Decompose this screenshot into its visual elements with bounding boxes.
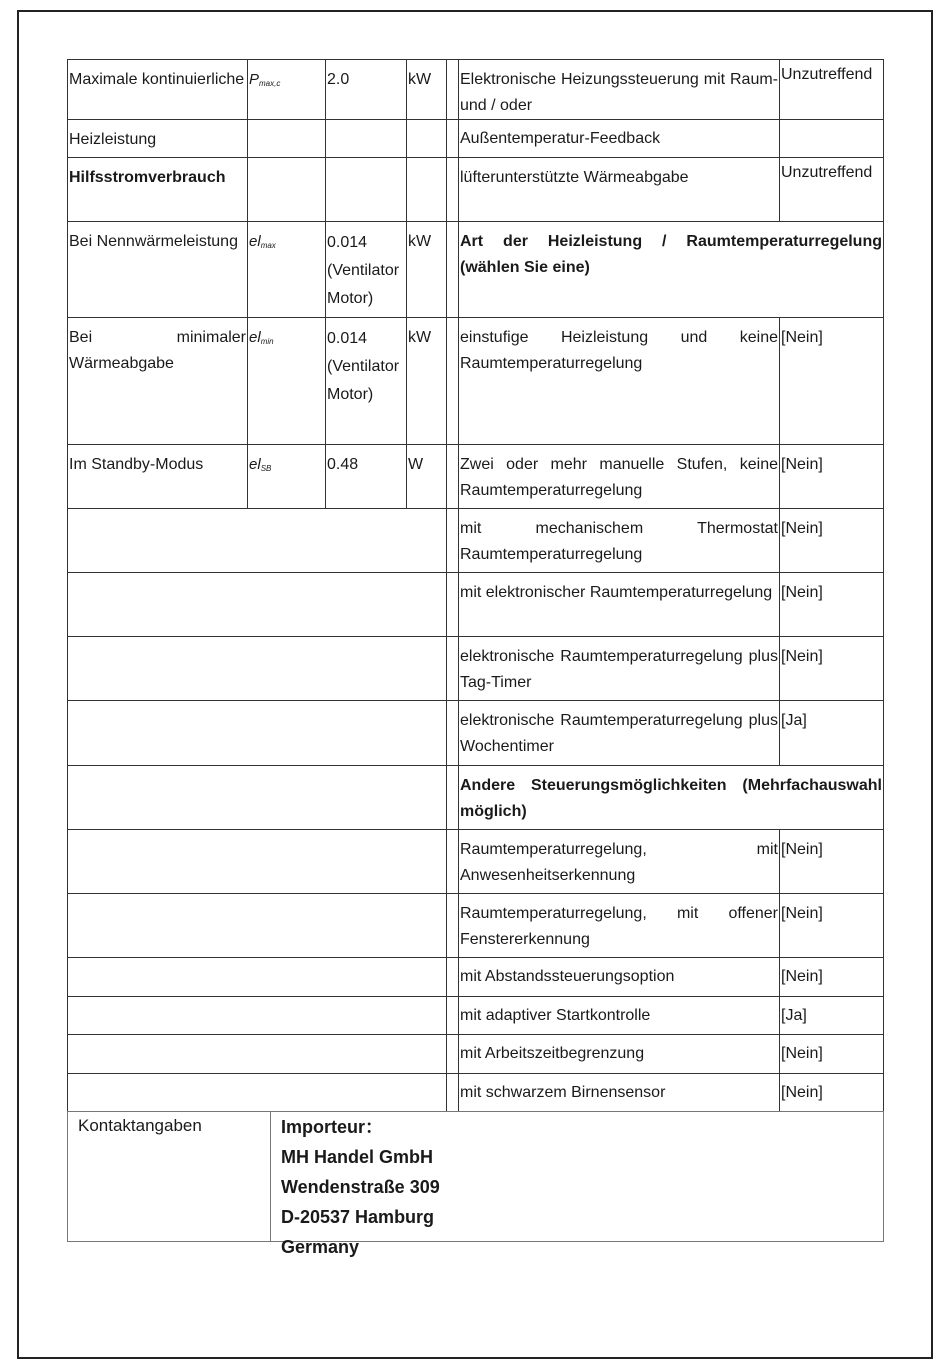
contact-label-cell: Kontaktangaben <box>67 1111 271 1242</box>
option-value-cell: [Nein] <box>779 317 884 445</box>
empty-left-cell <box>67 1034 447 1074</box>
left-label-cell: Maximale kontinuierliche <box>67 59 248 120</box>
option-label-cell: Raumtemperaturregelung, mit Anwesenheits… <box>458 829 780 894</box>
left-label-cell: Bei Nennwärmeleistung <box>67 221 248 318</box>
option-value: [Nein] <box>781 901 882 927</box>
unit-cell <box>406 119 447 158</box>
option-label-cell: einstufige Heizleistung und keine Raumte… <box>458 317 780 445</box>
unit: kW <box>408 229 445 255</box>
option-label-cell: mit adaptiver Startkontrolle <box>458 996 780 1035</box>
symbol-cell <box>247 119 326 158</box>
option-value-cell: [Nein] <box>779 444 884 509</box>
value-cell: 0.014 (Ventilator Motor) <box>325 221 407 318</box>
symbol-main: el <box>249 329 261 346</box>
option-label-cell: Elektronische Heizungssteuerung mit Raum… <box>458 59 780 120</box>
option-label: mit schwarzem Birnensensor <box>460 1080 778 1106</box>
symbol-cell: elmax <box>247 221 326 318</box>
option-value: [Nein] <box>781 837 882 863</box>
option-label-cell: Raumtemperaturregelung, mit offener Fens… <box>458 893 780 958</box>
option-value-cell: Unzutreffend <box>779 157 884 222</box>
value-cell: 0.014 (Ventilator Motor) <box>325 317 407 445</box>
option-value: [Nein] <box>781 325 882 351</box>
section-header: Art der Heizleistung / Raumtemperaturreg… <box>460 229 882 281</box>
value: 2.0 <box>327 67 405 93</box>
option-label-cell: mit mechanischem Thermostat Raumtemperat… <box>458 508 780 573</box>
unit: W <box>408 452 445 478</box>
option-value: [Ja] <box>781 708 882 734</box>
option-label: Außentemperatur-Feedback <box>460 126 778 152</box>
street-address: Wendenstraße 309 <box>271 1172 871 1202</box>
contact-section: Kontaktangaben Importeur： MH Handel GmbH… <box>67 1111 884 1242</box>
symbol: elSB <box>249 456 271 473</box>
row-label: Bei Nennwärmeleistung <box>69 229 246 255</box>
symbol-cell: elSB <box>247 444 326 509</box>
option-label: Zwei oder mehr manuelle Stufen, keine Ra… <box>460 452 778 504</box>
unit-cell: kW <box>406 317 447 445</box>
section-header-cell: Art der Heizleistung / Raumtemperaturreg… <box>458 221 884 318</box>
empty-left-cell <box>67 829 447 894</box>
option-label-cell: mit schwarzem Birnensensor <box>458 1073 780 1112</box>
option-value-cell: [Nein] <box>779 636 884 701</box>
option-value-cell: [Nein] <box>779 1073 884 1112</box>
option-label: mit elektronischer Raumtemperaturregelun… <box>460 580 778 606</box>
option-value: Unzutreffend <box>781 160 882 186</box>
option-value: [Nein] <box>781 644 882 670</box>
option-label-cell: Außentemperatur-Feedback <box>458 119 780 158</box>
row-label: Bei minimaler Wärmeabgabe <box>69 325 246 377</box>
row-label: Im Standby-Modus <box>69 452 246 478</box>
option-label: Elektronische Heizungssteuerung mit Raum… <box>460 67 778 119</box>
symbol-main: P <box>249 71 259 88</box>
option-value-cell: [Nein] <box>779 893 884 958</box>
option-label: Raumtemperaturregelung, mit Anwesenheits… <box>460 837 778 889</box>
symbol-subscript: max <box>261 241 276 250</box>
city-address: D-20537 Hamburg <box>271 1202 871 1232</box>
symbol-cell: Pmax,c <box>247 59 326 120</box>
unit-cell: W <box>406 444 447 509</box>
empty-left-cell <box>67 572 447 637</box>
option-label-cell: elektronische Raumtemperaturregelung plu… <box>458 700 780 766</box>
unit-cell <box>406 157 447 222</box>
symbol-cell: elmin <box>247 317 326 445</box>
option-value-cell: [Nein] <box>779 829 884 894</box>
option-label-cell: mit Arbeitszeitbegrenzung <box>458 1034 780 1074</box>
symbol-subscript: min <box>261 337 274 346</box>
value: 0.014 (Ventilator Motor) <box>327 325 405 409</box>
symbol-main: el <box>249 456 261 473</box>
option-value-cell: [Nein] <box>779 508 884 573</box>
empty-left-cell <box>67 508 447 573</box>
option-label: einstufige Heizleistung und keine Raumte… <box>460 325 778 377</box>
country: Germany <box>271 1232 871 1262</box>
option-value-cell: [Ja] <box>779 996 884 1035</box>
left-label-cell: Heizleistung <box>67 119 248 158</box>
company-name: MH Handel GmbH <box>271 1142 871 1172</box>
option-value: [Nein] <box>781 580 882 606</box>
empty-left-cell <box>67 893 447 958</box>
left-label-cell: Im Standby-Modus <box>67 444 248 509</box>
empty-left-cell <box>67 700 447 766</box>
symbol: elmin <box>249 329 274 346</box>
option-label: mit Arbeitszeitbegrenzung <box>460 1041 778 1067</box>
symbol-subscript: SB <box>261 464 272 473</box>
section-header: Andere Steuerungsmöglichkeiten (Mehrfach… <box>460 773 882 825</box>
symbol-main: el <box>249 233 261 250</box>
value-cell: 0.48 <box>325 444 407 509</box>
row-label: Hilfsstromverbrauch <box>69 165 246 191</box>
importer-heading: Importeur： <box>271 1112 871 1142</box>
option-value: [Nein] <box>781 1080 882 1106</box>
option-value: [Nein] <box>781 964 882 990</box>
option-label-cell: lüfterunterstützte Wärmeabgabe <box>458 157 780 222</box>
left-label-cell: Bei minimaler Wärmeabgabe <box>67 317 248 445</box>
option-label: mit mechanischem Thermostat Raumtemperat… <box>460 516 778 568</box>
option-label-cell: elektronische Raumtemperaturregelung plu… <box>458 636 780 701</box>
option-label: elektronische Raumtemperaturregelung plu… <box>460 708 778 760</box>
empty-left-cell <box>67 957 447 997</box>
option-label-cell: Zwei oder mehr manuelle Stufen, keine Ra… <box>458 444 780 509</box>
symbol-cell <box>247 157 326 222</box>
option-label-cell: mit Abstandssteuerungsoption <box>458 957 780 997</box>
symbol-subscript: max,c <box>259 79 280 88</box>
empty-left-cell <box>67 636 447 701</box>
contact-info: Importeur： MH Handel GmbH Wendenstraße 3… <box>271 1112 871 1262</box>
option-value: [Ja] <box>781 1003 882 1029</box>
option-value: [Nein] <box>781 1041 882 1067</box>
unit-cell: kW <box>406 221 447 318</box>
option-value-cell: [Ja] <box>779 700 884 766</box>
row-label: Heizleistung <box>69 127 246 153</box>
symbol: Pmax,c <box>249 71 280 88</box>
empty-left-cell <box>67 996 447 1035</box>
option-value: [Nein] <box>781 516 882 542</box>
left-label-cell: Hilfsstromverbrauch <box>67 157 248 222</box>
option-value-cell: [Nein] <box>779 572 884 637</box>
unit-cell: kW <box>406 59 447 120</box>
contact-label: Kontaktangaben <box>68 1111 270 1141</box>
unit: kW <box>408 325 445 351</box>
symbol: elmax <box>249 233 276 250</box>
option-label: elektronische Raumtemperaturregelung plu… <box>460 644 778 696</box>
value-cell <box>325 157 407 222</box>
option-label: lüfterunterstützte Wärmeabgabe <box>460 165 778 191</box>
value: 0.48 <box>327 452 405 478</box>
value: 0.014 (Ventilator Motor) <box>327 229 405 313</box>
row-label: Maximale kontinuierliche <box>69 67 246 93</box>
empty-left-cell <box>67 1073 447 1112</box>
value-cell: 2.0 <box>325 59 407 120</box>
option-value: Unzutreffend <box>781 62 882 88</box>
value-cell <box>325 119 407 158</box>
section-header-cell: Andere Steuerungsmöglichkeiten (Mehrfach… <box>458 765 884 830</box>
option-label: Raumtemperaturregelung, mit offener Fens… <box>460 901 778 953</box>
option-value-cell: Unzutreffend <box>779 59 884 120</box>
unit: kW <box>408 67 445 93</box>
option-label: mit Abstandssteuerungsoption <box>460 964 778 990</box>
option-label: mit adaptiver Startkontrolle <box>460 1003 778 1029</box>
empty-left-cell <box>67 765 447 830</box>
option-value-cell <box>779 119 884 158</box>
option-value-cell: [Nein] <box>779 1034 884 1074</box>
option-value: [Nein] <box>781 452 882 478</box>
option-label-cell: mit elektronischer Raumtemperaturregelun… <box>458 572 780 637</box>
option-value-cell: [Nein] <box>779 957 884 997</box>
